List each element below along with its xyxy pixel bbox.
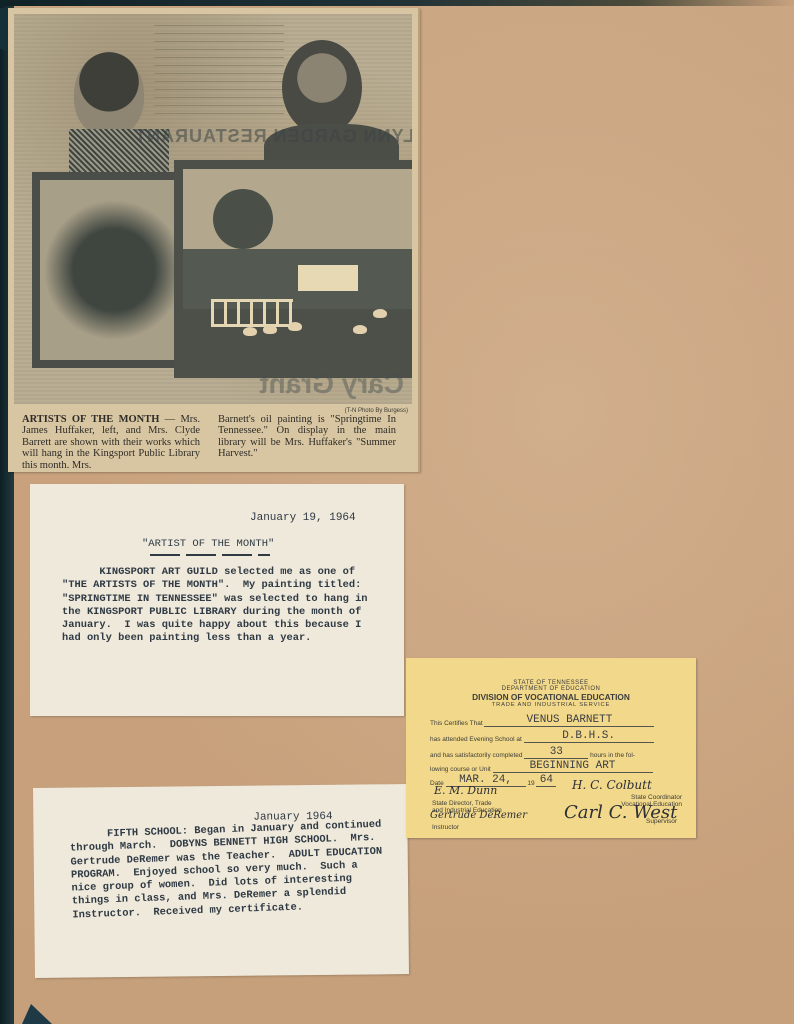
- sig-label-line: State Coordinator: [598, 794, 682, 801]
- bleed-through-ad: Cary Grant: [204, 368, 404, 404]
- typed-note-artist-of-month: January 19, 1964 "ARTIST OF THE MONTH" K…: [30, 484, 404, 716]
- sig-label-supervisor: Supervisor: [646, 818, 677, 825]
- painting-duck: [263, 325, 277, 334]
- cert-year: 64: [540, 774, 553, 786]
- clipping-caption: ARTISTS OF THE MONTH — Mrs. James Huffak…: [22, 414, 412, 471]
- cert-label: and has satisfactorily completed: [430, 752, 523, 759]
- painting-duck: [353, 325, 367, 334]
- note-title: "ARTIST OF THE MONTH": [142, 538, 274, 550]
- album-top-edge: [0, 0, 794, 6]
- clipping-photo: LYNN GARDEN RESTAURANT Cary Grant: [14, 14, 412, 404]
- bleed-through-headline: LYNN GARDEN RESTAURANT: [164, 126, 412, 146]
- cert-row-course: lowing course or Unit BEGINNING ART: [430, 760, 653, 773]
- cert-row-school: has attended Evening School at D.B.H.S.: [430, 730, 654, 743]
- cert-row-hours: and has satisfactorily completed 33 hour…: [430, 746, 635, 759]
- painting-duck: [243, 327, 257, 336]
- signature-coordinator: H. C. Colbutt: [572, 778, 652, 792]
- bleed-through-column: [154, 24, 284, 114]
- cert-school: D.B.H.S.: [562, 730, 615, 742]
- vocational-certificate: STATE OF TENNESSEE DEPARTMENT OF EDUCATI…: [406, 658, 696, 838]
- sig-label-line: State Director, Trade: [432, 800, 502, 807]
- title-underline: [150, 554, 270, 556]
- cert-course: BEGINNING ART: [530, 760, 616, 772]
- caption-column-2: Barnett's oil painting is "Springtime In…: [218, 414, 396, 471]
- cert-year-prefix: 19: [527, 780, 534, 787]
- note-body: KINGSPORT ART GUILD selected me as one o…: [62, 566, 368, 646]
- cert-row-name: This Certifies That VENUS BARNETT: [430, 714, 654, 727]
- caption-column-1: ARTISTS OF THE MONTH — Mrs. James Huffak…: [22, 414, 200, 471]
- painting-duck: [373, 309, 387, 318]
- cert-label: has attended Evening School at: [430, 736, 522, 743]
- cert-hours: 33: [550, 746, 563, 758]
- photo-woman-right: [282, 40, 362, 135]
- caption-kicker: ARTISTS OF THE MONTH: [22, 414, 159, 425]
- painting-summer-harvest: [32, 172, 196, 368]
- painting-barn: [298, 265, 358, 291]
- cert-label: hours in the fol-: [590, 752, 635, 759]
- painting-duck: [288, 322, 302, 331]
- cert-label: This Certifies That: [430, 720, 483, 727]
- sig-label-instructor: Instructor: [432, 824, 459, 831]
- photo-woman-left: [74, 52, 144, 137]
- signature-state-director: E. M. Dunn: [434, 784, 497, 797]
- painting-fence: [211, 299, 293, 327]
- painting-tree: [213, 189, 273, 249]
- signature-instructor: Gertrude DeRemer: [430, 810, 527, 821]
- cert-division: DIVISION OF VOCATIONAL EDUCATION: [406, 692, 696, 702]
- cert-label: lowing course or Unit: [430, 766, 491, 773]
- note-body: FIFTH SCHOOL: Began in January and conti…: [69, 819, 384, 923]
- cert-service: TRADE AND INDUSTRIAL SERVICE: [406, 702, 696, 708]
- typed-note-fifth-school: January 1964 FIFTH SCHOOL: Began in Janu…: [33, 784, 409, 978]
- cert-recipient-name: VENUS BARNETT: [527, 714, 613, 726]
- newspaper-clipping: LYNN GARDEN RESTAURANT Cary Grant (T-N P…: [8, 8, 420, 472]
- painting-springtime-in-tennessee: [174, 160, 412, 378]
- note-date: January 19, 1964: [250, 512, 356, 524]
